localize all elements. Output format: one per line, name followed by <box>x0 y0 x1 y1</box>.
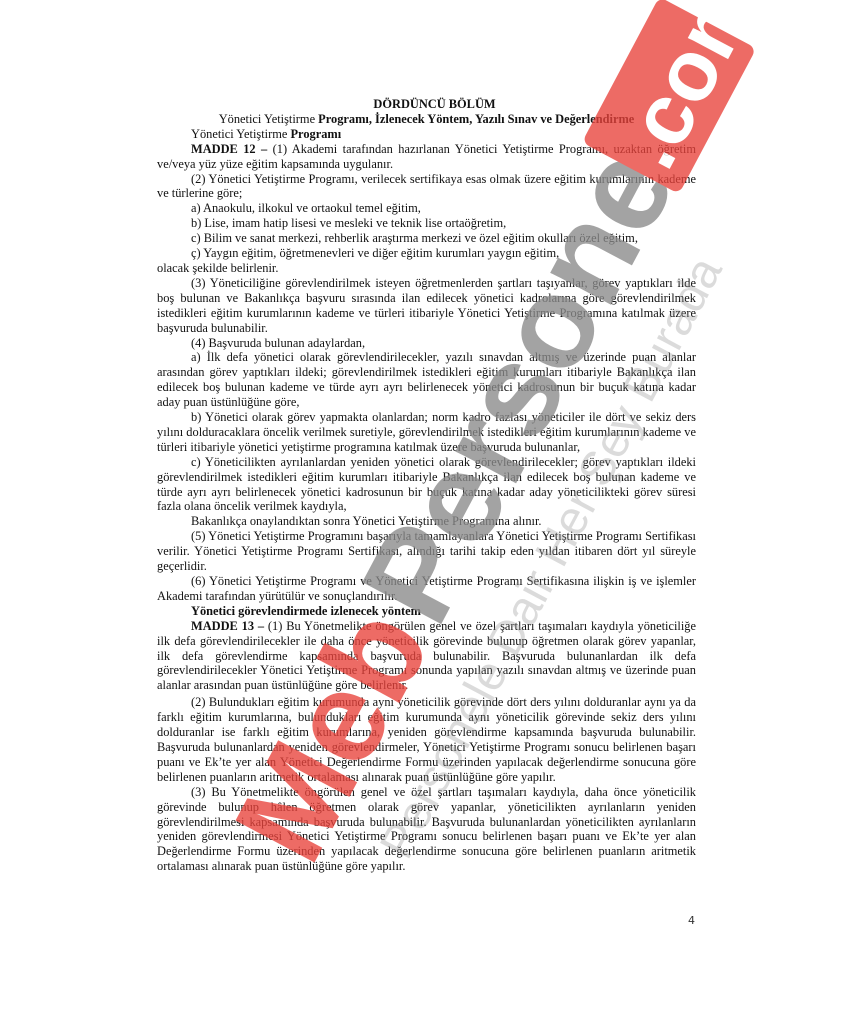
list-item: a) Anaokulu, ilkokul ve ortaokul temel e… <box>157 201 696 216</box>
document-page: DÖRDÜNCÜ BÖLÜM Yönetici Yetiştirme Progr… <box>0 0 853 1024</box>
list-item: c) Bilim ve sanat merkezi, rehberlik ara… <box>157 231 696 246</box>
madde-12-p2: (2) Yönetici Yetiştirme Programı, verile… <box>157 172 696 202</box>
subheading-program-normal: Yönetici Yetiştirme <box>191 127 290 141</box>
subheading-program-bold: Programı <box>290 127 341 141</box>
madde-12-p5: (5) Yönetici Yetiştirme Programını başar… <box>157 529 696 574</box>
madde-13-p3: (3) Bu Yönetmelikte öngörülen genel ve ö… <box>157 785 696 874</box>
list-item: a) İlk defa yönetici olarak görevlendiri… <box>157 350 696 410</box>
subheading-method-text: Yönetici görevlendirmede izlenecek yönte… <box>191 604 421 618</box>
madde-13-p1: MADDE 13 – (1) Bu Yönetmelikte öngörülen… <box>157 619 696 694</box>
madde-13-p2: (2) Bulundukları eğitim kurumunda aynı y… <box>157 695 696 784</box>
madde-12-label: MADDE 12 – <box>191 142 267 156</box>
madde-12-p1: MADDE 12 – (1) Akademi tarafından hazırl… <box>157 142 696 172</box>
section-title: Yönetici Yetiştirme Programı, İzlenecek … <box>157 112 696 127</box>
list-item: b) Lise, imam hatip lisesi ve mesleki ve… <box>157 216 696 231</box>
list-item: c) Yöneticilikten ayrılanlardan yeniden … <box>157 455 696 515</box>
section-title-bold: Programı, İzlenecek Yöntem, Yazılı Sınav… <box>318 112 634 126</box>
page-number: 4 <box>688 914 695 927</box>
madde-12-p4-end: Bakanlıkça onaylandıktan sonra Yönetici … <box>157 514 696 529</box>
document-body: DÖRDÜNCÜ BÖLÜM Yönetici Yetiştirme Progr… <box>157 97 696 874</box>
madde-13-label: MADDE 13 – <box>191 619 264 633</box>
madde-12-p2-end: olacak şekilde belirlenir. <box>157 261 696 276</box>
madde-12-p6: (6) Yönetici Yetiştirme Programı ve Yöne… <box>157 574 696 604</box>
section-title-normal: Yönetici Yetiştirme <box>219 112 318 126</box>
madde-12-p4: (4) Başvuruda bulunan adaylardan, <box>157 336 696 351</box>
list-item: b) Yönetici olarak görev yapmakta olanla… <box>157 410 696 455</box>
list-item: ç) Yaygın eğitim, öğretmenevleri ve diğe… <box>157 246 696 261</box>
subheading-method: Yönetici görevlendirmede izlenecek yönte… <box>157 604 696 619</box>
subheading-program: Yönetici Yetiştirme Programı <box>157 127 696 142</box>
chapter-heading: DÖRDÜNCÜ BÖLÜM <box>157 97 696 112</box>
madde-12-p3: (3) Yöneticiliğine görevlendirilmek iste… <box>157 276 696 336</box>
